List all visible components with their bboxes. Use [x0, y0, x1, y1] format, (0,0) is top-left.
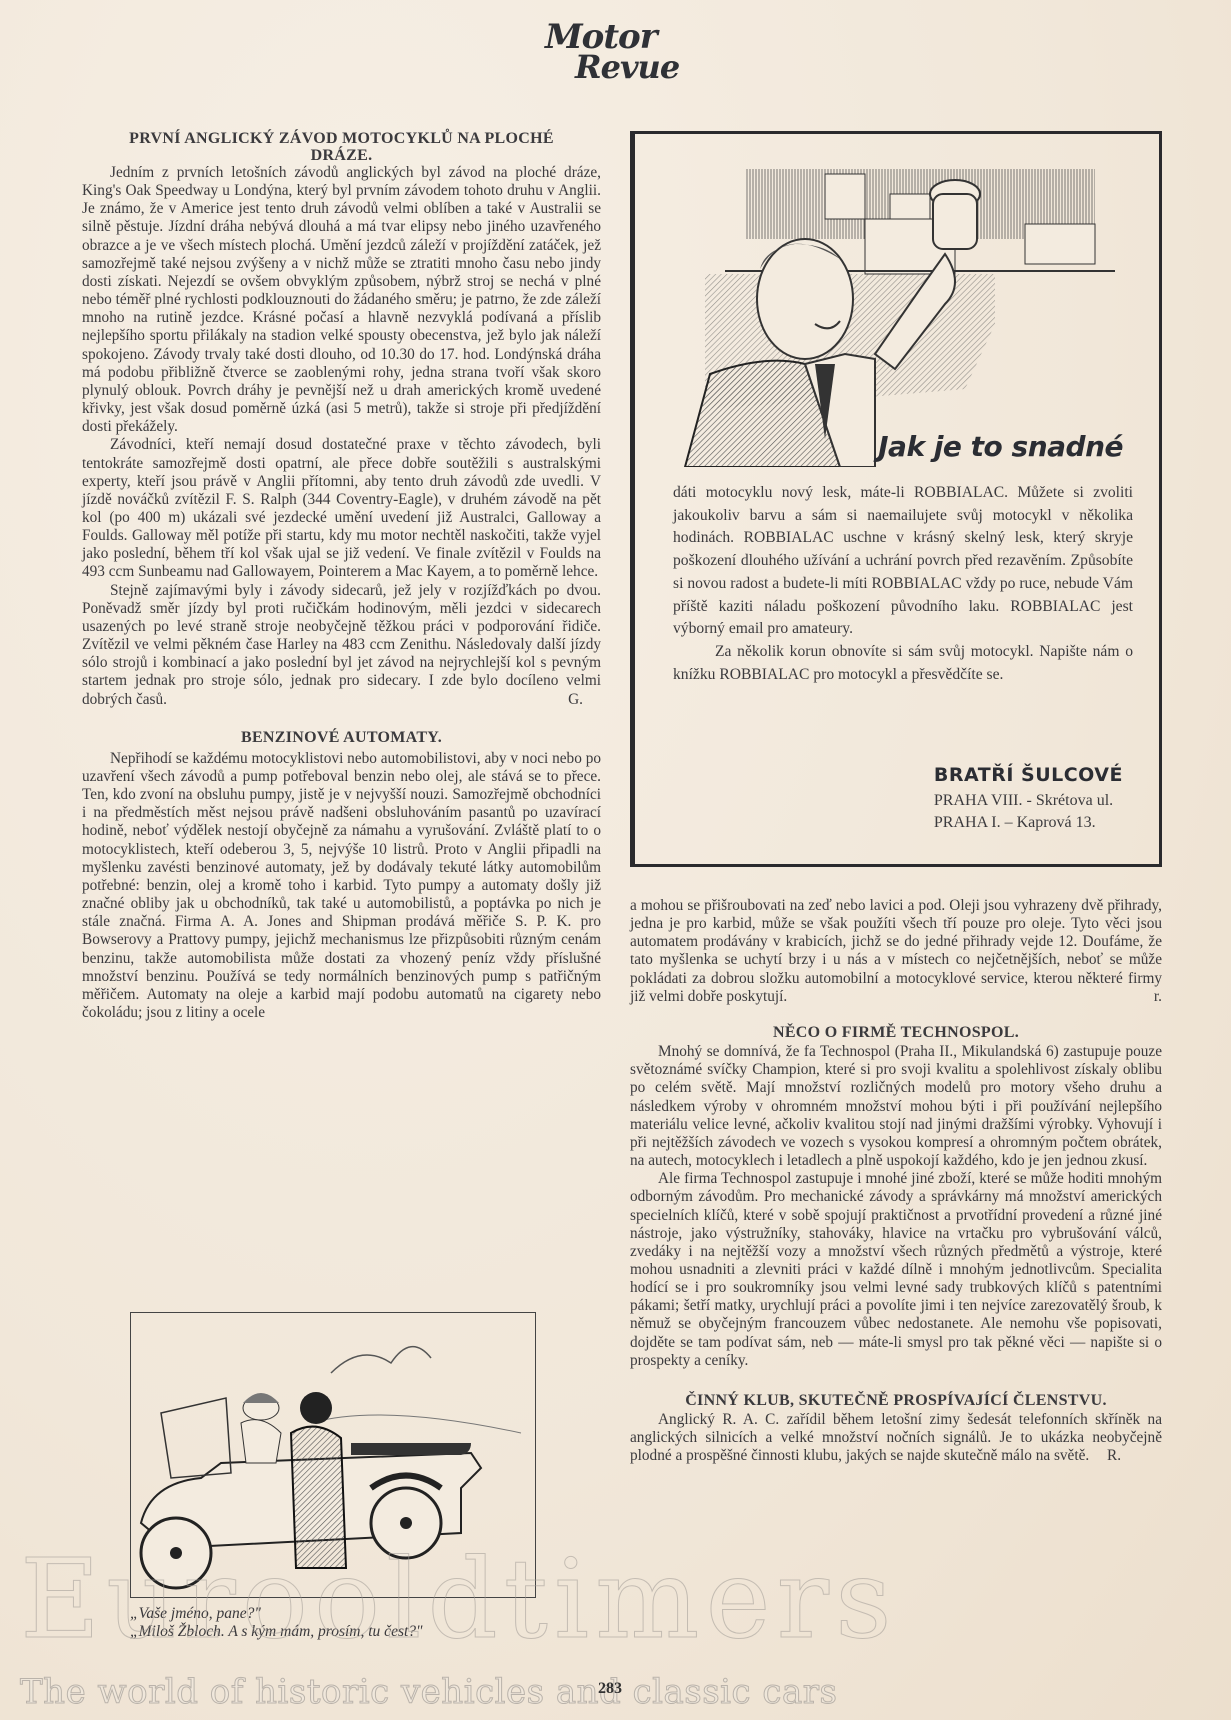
man-holding-paint-can-illustration-icon	[665, 149, 1145, 467]
paragraph: Anglický R. A. C. zařídil během letošní …	[630, 1411, 1162, 1465]
article-title: PRVNÍ ANGLICKÝ ZÁVOD MOTOCYKLŮ NA PLOCHÉ…	[82, 130, 601, 164]
ad-paragraph: dáti motocyklu nový lesk, máte-li ROBBIA…	[673, 482, 1133, 641]
ad-brand: BRATŘÍ ŠULCOVÉ	[934, 764, 1123, 786]
right-column: a mohou se přišroubovati na zeď nebo lav…	[630, 897, 1162, 1465]
paragraph: Jedním z prvních letošních závodů anglic…	[82, 164, 601, 436]
magazine-masthead: Motor Revue	[545, 22, 685, 81]
article-title: ČINNÝ KLUB, SKUTEČNĚ PROSPÍVAJÍCÍ ČLENST…	[630, 1392, 1162, 1409]
ad-slogan: Jak je to snadné	[878, 430, 1123, 463]
article-benzin-continuation: a mohou se přišroubovati na zeď nebo lav…	[630, 897, 1162, 1006]
paragraph: Stejně zajímavými byly i závody sidecarů…	[82, 582, 601, 709]
policeman-and-car-drawing-icon	[131, 1313, 535, 1597]
ad-address-1: PRAHA VIII. - Skrétova ul.	[934, 790, 1123, 812]
paragraph: Mnohý se domnívá, že fa Technospol (Prah…	[630, 1043, 1162, 1170]
paragraph-text: Anglický R. A. C. zařídil během letošní …	[630, 1411, 1162, 1464]
paragraph: Nepřihodí se každému motocyklistovi nebo…	[82, 750, 601, 1022]
article-rac-club: ČINNÝ KLUB, SKUTEČNĚ PROSPÍVAJÍCÍ ČLENST…	[630, 1392, 1162, 1465]
article-technospol: NĚCO O FIRMĚ TECHNOSPOL. Mnohý se domnív…	[630, 1024, 1162, 1370]
paragraph: Závodníci, kteří nemají dosud dostatečné…	[82, 436, 601, 581]
left-column: PRVNÍ ANGLICKÝ ZÁVOD MOTOCYKLŮ NA PLOCHÉ…	[82, 130, 601, 1022]
article-title-line1: PRVNÍ ANGLICKÝ ZÁVOD MOTOCYKLŮ NA PLOCHÉ	[129, 130, 554, 147]
ad-address-2: PRAHA I. – Kaprová 13.	[934, 812, 1123, 834]
article-signature: R.	[1107, 1447, 1121, 1464]
cartoon-illustration	[130, 1312, 536, 1598]
caption-line-1: „Vaše jméno, pane?"	[130, 1605, 423, 1623]
cartoon-caption: „Vaše jméno, pane?" „Miloš Žbloch. A s k…	[130, 1605, 423, 1641]
article-benzin-automaty: BENZINOVÉ AUTOMATY. Nepřihodí se každému…	[82, 729, 601, 1022]
article-title: NĚCO O FIRMĚ TECHNOSPOL.	[630, 1024, 1162, 1041]
ad-body: dáti motocyklu nový lesk, máte-li ROBBIA…	[673, 482, 1133, 686]
masthead-line2: Revue	[575, 53, 685, 82]
watermark-tagline: The world of historic vehicles and class…	[20, 1672, 837, 1712]
robbialac-advertisement: Jak je to snadné dáti motocyklu nový les…	[630, 131, 1162, 867]
article-title-line2: DRÁZE.	[311, 147, 373, 164]
page-number: 283	[598, 1680, 622, 1698]
ad-paragraph: Za několik korun obnovíte si sám svůj mo…	[673, 641, 1133, 686]
paragraph: Ale firma Technospol zastupuje i mnohé j…	[630, 1170, 1162, 1370]
ad-signature: BRATŘÍ ŠULCOVÉ PRAHA VIII. - Skrétova ul…	[934, 764, 1123, 834]
article-speedway: PRVNÍ ANGLICKÝ ZÁVOD MOTOCYKLŮ NA PLOCHÉ…	[82, 130, 601, 709]
article-title: BENZINOVÉ AUTOMATY.	[82, 729, 601, 746]
caption-line-2: „Miloš Žbloch. A s kým mám, prosím, tu č…	[130, 1623, 423, 1641]
